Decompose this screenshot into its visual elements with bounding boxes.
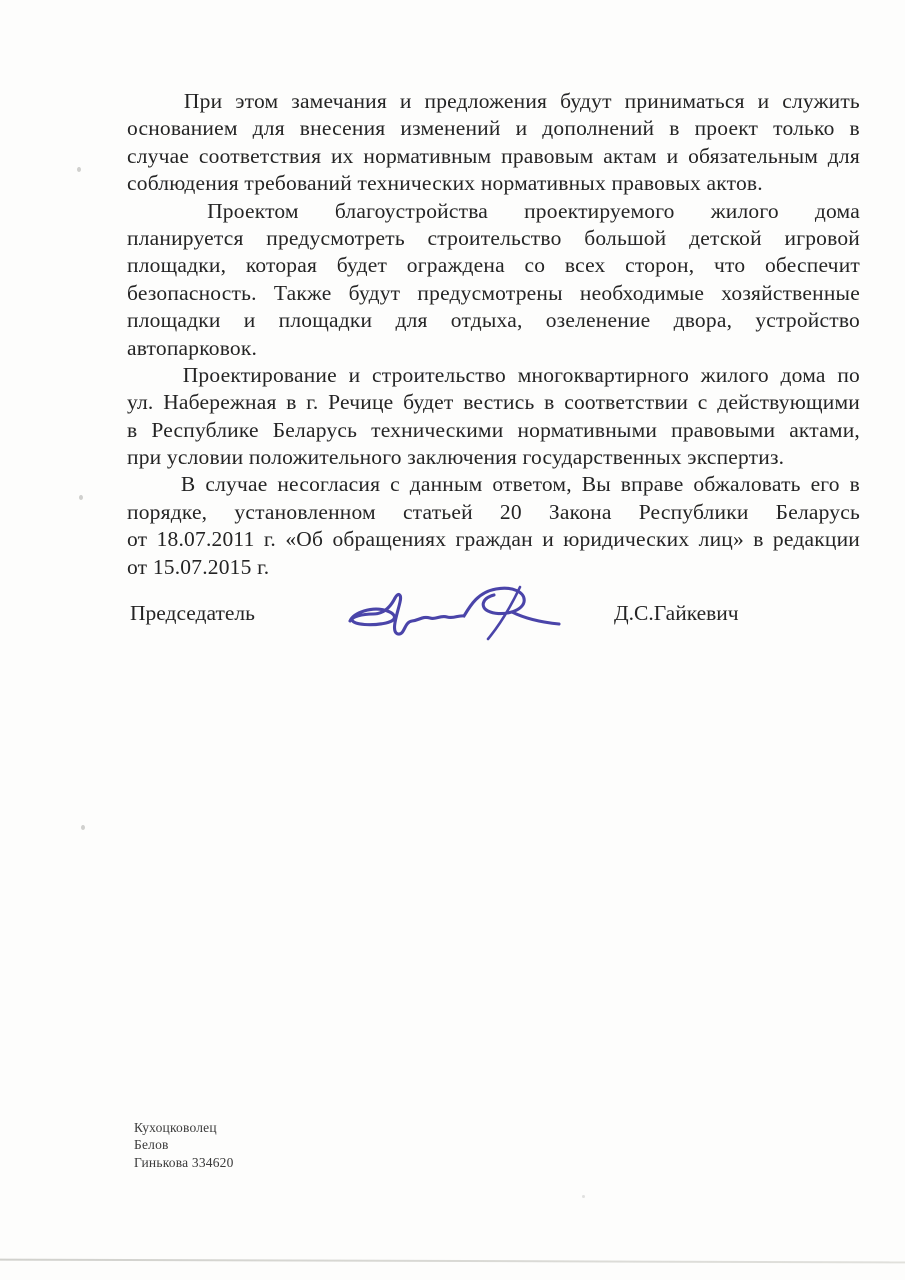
letter-body: Приэтомзамечанияипредложениябудутпринима… bbox=[127, 88, 860, 581]
word: будут bbox=[560, 88, 612, 115]
word: и bbox=[542, 526, 554, 553]
word: в bbox=[286, 389, 296, 416]
word: г. bbox=[306, 389, 318, 416]
word: жилого bbox=[701, 362, 769, 389]
word: и bbox=[244, 307, 256, 334]
word: озеленение bbox=[546, 307, 651, 334]
word: ул. bbox=[127, 389, 154, 416]
word: будет bbox=[337, 252, 387, 279]
word: несогласия bbox=[277, 471, 380, 498]
text-line: площадкииплощадкидляотдыха,озеленениедво… bbox=[127, 307, 860, 334]
word: и bbox=[758, 88, 770, 115]
scan-speck bbox=[79, 495, 83, 500]
word: случае bbox=[127, 143, 189, 170]
text-line: безопасность.Такжебудутпредусмотренынеоб… bbox=[127, 280, 860, 307]
word: Также bbox=[274, 280, 332, 307]
word: соответствии bbox=[564, 389, 688, 416]
word: техническими bbox=[371, 417, 503, 444]
word: и bbox=[516, 115, 528, 142]
word: предложения bbox=[425, 88, 548, 115]
word: Республике bbox=[151, 417, 258, 444]
text-line: Приэтомзамечанияипредложениябудутпринима… bbox=[127, 88, 860, 115]
word: в bbox=[850, 115, 860, 142]
word: граждан bbox=[456, 526, 533, 553]
word: обеспечит bbox=[765, 252, 860, 279]
word: предусмотреть bbox=[266, 225, 405, 252]
word: ответом, bbox=[492, 471, 571, 498]
word: замечания bbox=[291, 88, 387, 115]
word: площадки, bbox=[127, 252, 226, 279]
word: правовым bbox=[501, 143, 593, 170]
word: площадки bbox=[127, 307, 221, 334]
word: жилого bbox=[711, 198, 779, 225]
word: устройство bbox=[755, 307, 860, 334]
text-line: вРеспубликеБеларусьтехническиминормативн… bbox=[127, 417, 860, 444]
word: обязательным bbox=[688, 143, 818, 170]
word: статьей bbox=[403, 499, 473, 526]
word: правовыми bbox=[671, 417, 775, 444]
word: планируется bbox=[127, 225, 244, 252]
word: в bbox=[127, 417, 137, 444]
word: строительство bbox=[428, 225, 562, 252]
word: предусмотрены bbox=[417, 280, 562, 307]
word: служить bbox=[782, 88, 860, 115]
word: сторон, bbox=[625, 252, 694, 279]
word: дополнений bbox=[542, 115, 654, 142]
word: обращениях bbox=[332, 526, 446, 553]
word: Беларусь bbox=[776, 499, 860, 526]
word: нормативным bbox=[363, 143, 491, 170]
word: При bbox=[184, 88, 222, 115]
text-line: площадки,котораябудетогражденасовсехстор… bbox=[127, 252, 860, 279]
word: со bbox=[525, 252, 546, 279]
text-line: Проектированиеистроительствомногоквартир… bbox=[127, 362, 860, 389]
word: только bbox=[773, 115, 834, 142]
word: В bbox=[181, 471, 196, 498]
word: юридических bbox=[563, 526, 689, 553]
word: соответствия bbox=[199, 143, 321, 170]
word: будут bbox=[349, 280, 401, 307]
word: в bbox=[669, 115, 679, 142]
word: вестись bbox=[463, 389, 534, 416]
word: проектируемого bbox=[524, 198, 675, 225]
word: Вы bbox=[582, 471, 611, 498]
word: ограждена bbox=[407, 252, 505, 279]
text-line: от18.07.2011г.«Обобращенияхгражданиюриди… bbox=[127, 526, 860, 553]
text-line: основаниемдлявнесенияизмененийидополнени… bbox=[127, 115, 860, 142]
text-line: автопарковок. bbox=[127, 335, 860, 362]
word: обжаловать bbox=[693, 471, 800, 498]
word: необходимые bbox=[580, 280, 704, 307]
word: Речице bbox=[328, 389, 393, 416]
word: случае bbox=[205, 471, 267, 498]
word: «Об bbox=[285, 526, 323, 553]
word: актами, bbox=[789, 417, 860, 444]
word: детской bbox=[689, 225, 762, 252]
word: безопасность. bbox=[127, 280, 257, 307]
scan-speck bbox=[77, 167, 81, 172]
text-line: порядке,установленномстатьей20ЗаконаРесп… bbox=[127, 499, 860, 526]
scanned-letter-page: Приэтомзамечанияипредложениябудутпринима… bbox=[0, 0, 905, 1280]
scan-speck bbox=[81, 825, 85, 830]
word: его bbox=[811, 471, 840, 498]
word: Республики bbox=[639, 499, 749, 526]
word: изменений bbox=[400, 115, 500, 142]
word: порядке, bbox=[127, 499, 207, 526]
word: с bbox=[698, 389, 708, 416]
footer-line: Белов bbox=[134, 1136, 234, 1153]
word: для bbox=[828, 143, 860, 170]
word: по bbox=[837, 362, 860, 389]
footer-line: Гинькова 334620 bbox=[134, 1154, 234, 1171]
word: благоустройства bbox=[335, 198, 488, 225]
text-line: Проектомблагоустройствапроектируемогожил… bbox=[127, 198, 860, 225]
word: редакции bbox=[773, 526, 860, 553]
signature-name: Д.С.Гайкевич bbox=[614, 600, 739, 627]
word: и bbox=[349, 362, 361, 389]
scan-edge-line bbox=[0, 1259, 905, 1263]
word: Проектирование bbox=[183, 362, 337, 389]
word: которая bbox=[246, 252, 317, 279]
word: игровой bbox=[785, 225, 861, 252]
scan-speck bbox=[582, 1195, 585, 1198]
word: для bbox=[253, 115, 285, 142]
text-line: Вслучаенесогласиясданнымответом,Вывправе… bbox=[127, 471, 860, 498]
word: основанием bbox=[127, 115, 238, 142]
signature-title: Председатель bbox=[130, 600, 255, 627]
word: установленном bbox=[234, 499, 375, 526]
word: отдыха, bbox=[451, 307, 523, 334]
word: приниматься bbox=[625, 88, 745, 115]
text-line: планируетсяпредусмотретьстроительствобол… bbox=[127, 225, 860, 252]
word: в bbox=[850, 471, 860, 498]
word: нормативными bbox=[517, 417, 657, 444]
handwritten-signature-icon bbox=[342, 574, 572, 648]
text-line: ул.Набережнаявг.Речицебудетвестисьвсоотв… bbox=[127, 389, 860, 416]
word: Набережная bbox=[163, 389, 276, 416]
text-line: случаесоответствияихнормативнымправовыма… bbox=[127, 143, 860, 170]
word: что bbox=[714, 252, 745, 279]
word: и bbox=[400, 88, 412, 115]
word: будет bbox=[403, 389, 453, 416]
word: 18.07.2011 bbox=[157, 526, 255, 553]
word: в bbox=[544, 389, 554, 416]
word: внесения bbox=[300, 115, 386, 142]
word: данным bbox=[410, 471, 483, 498]
word: дома bbox=[781, 362, 826, 389]
word: всех bbox=[565, 252, 606, 279]
word: площадки bbox=[279, 307, 373, 334]
word: дома bbox=[815, 198, 860, 225]
word: лиц» bbox=[699, 526, 744, 553]
word: Закона bbox=[549, 499, 612, 526]
word: большой bbox=[584, 225, 666, 252]
paragraph: Приэтомзамечанияипредложениябудутпринима… bbox=[127, 88, 860, 198]
word: действующими bbox=[717, 389, 860, 416]
word: хозяйственные bbox=[721, 280, 860, 307]
word: многоквартирного bbox=[518, 362, 689, 389]
word: Беларусь bbox=[273, 417, 357, 444]
word: с bbox=[390, 471, 400, 498]
word: их bbox=[331, 143, 354, 170]
paragraph: Проектированиеистроительствомногоквартир… bbox=[127, 362, 860, 472]
word: Проектом bbox=[207, 198, 299, 225]
word: двора, bbox=[674, 307, 733, 334]
word: проект bbox=[695, 115, 759, 142]
text-line: при условии положительного заключения го… bbox=[127, 444, 860, 471]
word: г. bbox=[264, 526, 276, 553]
paragraph: Вслучаенесогласиясданнымответом,Вывправе… bbox=[127, 471, 860, 581]
word: от bbox=[127, 526, 147, 553]
text-line: соблюдения требований технических нормат… bbox=[127, 170, 860, 197]
word: вправе bbox=[621, 471, 684, 498]
footer-line: Кухоцковолец bbox=[134, 1119, 234, 1136]
word: строительство bbox=[372, 362, 506, 389]
paragraph: Проектомблагоустройствапроектируемогожил… bbox=[127, 198, 860, 362]
word: для bbox=[395, 307, 427, 334]
footer-note: Кухоцковолец Белов Гинькова 334620 bbox=[134, 1119, 234, 1171]
word: 20 bbox=[500, 499, 522, 526]
word: актам bbox=[603, 143, 657, 170]
word: и bbox=[667, 143, 679, 170]
word: этом bbox=[235, 88, 278, 115]
word: в bbox=[753, 526, 763, 553]
